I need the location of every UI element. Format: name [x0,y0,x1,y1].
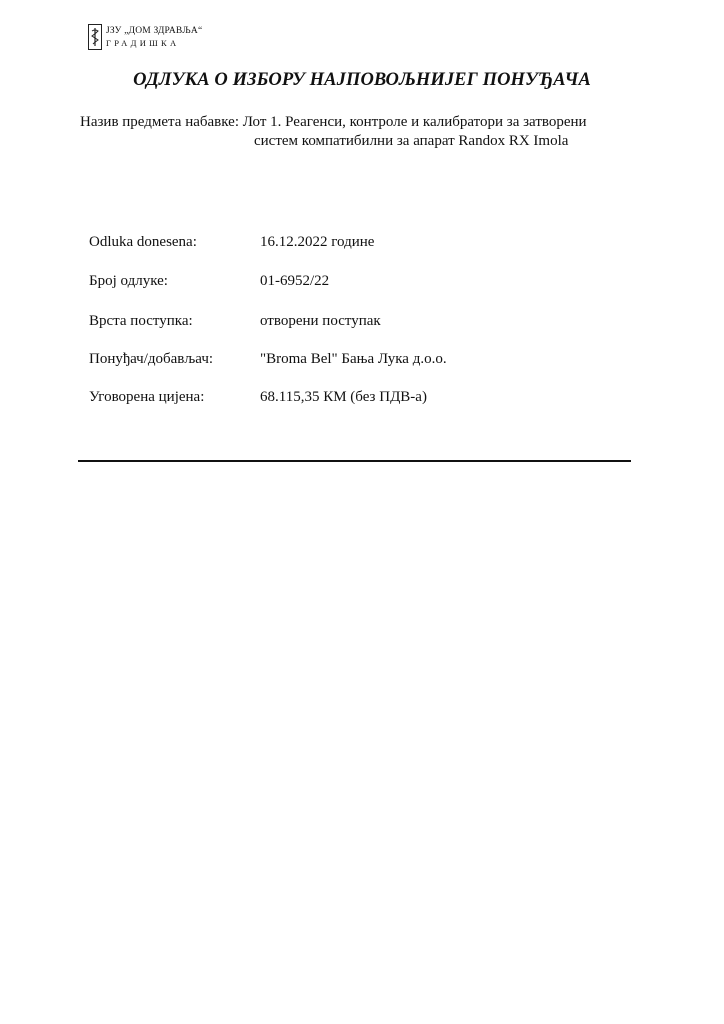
field-label: Понуђач/добављач: [89,350,213,368]
field-value: "Broma Bel" Бања Лука д.о.о. [260,350,447,368]
field-value: 01-6952/22 [260,272,329,290]
logo-city-line: ГРАДИШКА [106,38,202,48]
field-label: Уговорена цијена: [89,388,204,406]
institution-logo: ЈЗУ „ДОМ ЗДРАВЉА“ ГРАДИШКА [88,24,202,50]
subject-value-line1: Лот 1. Реагенси, контроле и калибратори … [243,114,587,130]
field-label: Odluka donesena: [89,233,197,251]
field-value: отворени поступак [260,312,381,330]
field-label: Врста поступка: [89,312,193,330]
subject-value-line2: систем компатибилни за апарат Randox RX … [254,132,568,151]
field-label: Број одлуке: [89,272,168,290]
field-value: 16.12.2022 године [260,233,374,251]
horizontal-divider [78,460,631,462]
document-title: ОДЛУКА О ИЗБОРУ НАЈПОВОЉНИЈЕГ ПОНУЂАЧА [0,70,724,91]
field-value: 68.115,35 КМ (без ПДВ-а) [260,388,427,406]
procurement-subject: Назив предмета набавке: Лот 1. Реагенси,… [80,113,587,132]
subject-label: Назив предмета набавке: [80,114,239,130]
caduceus-icon [88,24,102,50]
logo-name-line: ЈЗУ „ДОМ ЗДРАВЉА“ [106,26,202,36]
